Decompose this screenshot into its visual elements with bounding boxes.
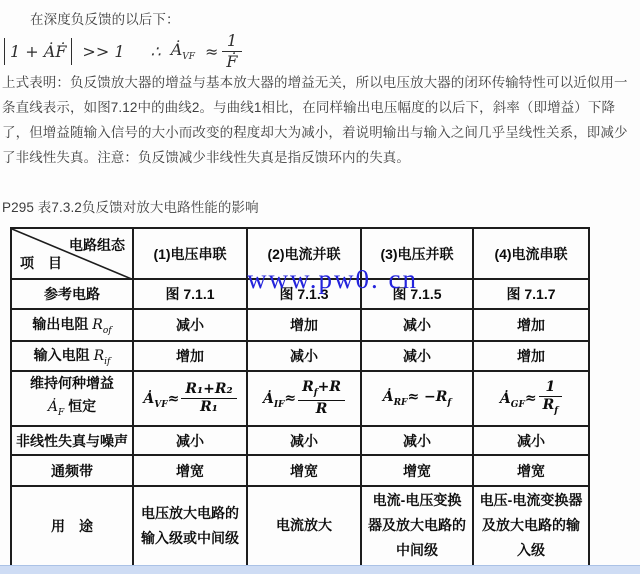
one-over-F-fraction: 1 Ḟ xyxy=(222,32,241,70)
row-label: 输入电阻 Rif xyxy=(11,341,133,371)
table-row: 输入电阻 Rif 增加 减小 减小 增加 xyxy=(11,341,589,371)
col-header: (1)电压串联 xyxy=(133,228,247,279)
corner-label-item: 项 目 xyxy=(20,253,62,273)
table-cell: 增宽 xyxy=(133,455,247,486)
table-cell: 减小 xyxy=(133,426,247,455)
gain-formula-avf: ȦVF≈R₁+R₂R₁ xyxy=(133,371,247,426)
bottom-page-strip xyxy=(0,565,640,574)
col-header: (4)电流串联 xyxy=(473,228,589,279)
row-label: 非线性失真与噪声 xyxy=(11,426,133,455)
intro-condition-line: 在深度负反馈的以后下： xyxy=(30,8,640,28)
table-cell: 增加 xyxy=(133,341,247,371)
table-cell: 减小 xyxy=(361,426,473,455)
table-cell: 电流放大 xyxy=(247,486,361,566)
much-greater-than: >> 1 xyxy=(82,42,124,61)
therefore-sign: ∴ xyxy=(151,42,161,61)
symbol-AF: ȦF xyxy=(48,399,64,415)
table-cell: 增加 xyxy=(247,309,361,341)
table-cell: 减小 xyxy=(361,341,473,371)
table-cell: 增加 xyxy=(473,309,589,341)
abs-expression: 1 + ȦḞ xyxy=(4,38,72,65)
corner-header-cell: 电路组态 项 目 xyxy=(11,228,133,279)
table-cell: 电压-电流变换器及放大电路的输入级 xyxy=(473,486,589,566)
gain-formula-agf: ȦGF≈1Rf xyxy=(473,371,589,426)
table-row: 输出电阻 Rof 减小 增加 减小 增加 xyxy=(11,309,589,341)
table-cell: 电压放大电路的输入级或中间级 xyxy=(133,486,247,566)
usage-row: 用 途 电压放大电路的输入级或中间级 电流放大 电流-电压变换器及放大电路的中间… xyxy=(11,486,589,566)
table-cell: 增宽 xyxy=(473,455,589,486)
body-text-line: 了非线性失真。注意：负反馈减少非线性失真是指反馈环内的失真。 xyxy=(2,146,638,166)
row-label: 输出电阻 Rof xyxy=(11,309,133,341)
row-label: 参考电路 xyxy=(11,279,133,309)
row-label: 维持何种增益 ȦF 恒定 xyxy=(11,371,133,426)
body-text-line: 条直线表示，如图7.12中的曲线2。与曲线1相比，在同样输出电压幅度的以后下，斜… xyxy=(2,96,638,116)
row-label: 用 途 xyxy=(11,486,133,566)
table-cell: 减小 xyxy=(473,426,589,455)
approx-sign: ≈ xyxy=(205,42,218,61)
table-row: 非线性失真与噪声 减小 减小 减小 减小 xyxy=(11,426,589,455)
gain-formula-row: 维持何种增益 ȦF 恒定 ȦVF≈R₁+R₂R₁ ȦIF≈Rf+RR ȦRF≈ … xyxy=(11,371,589,426)
body-text-line: 上式表明：负反馈放大器的增益与基本放大器的增益无关，所以电压放大器的闭环传输特性… xyxy=(2,71,638,91)
table-cell: 增宽 xyxy=(247,455,361,486)
table-cell: 图 7.1.7 xyxy=(473,279,589,309)
table-cell: 减小 xyxy=(361,309,473,341)
table-cell: 减小 xyxy=(247,341,361,371)
document-page: 在深度负反馈的以后下： 1 + ȦḞ >> 1 ∴ ȦVF ≈ 1 Ḟ 上式表明… xyxy=(0,0,640,574)
table-cell: 减小 xyxy=(133,309,247,341)
table-cell: 图 7.1.1 xyxy=(133,279,247,309)
symbol-Rof: Rof xyxy=(92,317,111,333)
row-label: 通频带 xyxy=(11,455,133,486)
table-cell: 电流-电压变换器及放大电路的中间级 xyxy=(361,486,473,566)
table-cell: 增宽 xyxy=(361,455,473,486)
gain-formula-aif: ȦIF≈Rf+RR xyxy=(247,371,361,426)
table-cell: 减小 xyxy=(247,426,361,455)
corner-label-circuit-config: 电路组态 xyxy=(69,235,125,255)
table-row: 通频带 增宽 增宽 增宽 增宽 xyxy=(11,455,589,486)
gain-symbol: ȦVF xyxy=(171,40,195,62)
watermark-text: www.pw0. cn xyxy=(247,264,418,295)
deep-feedback-formula: 1 + ȦḞ >> 1 ∴ ȦVF ≈ 1 Ḟ xyxy=(4,30,242,72)
gain-formula-arf: ȦRF≈ −Rf xyxy=(361,371,473,426)
symbol-Rif: Rif xyxy=(94,348,111,364)
table-cell: 增加 xyxy=(473,341,589,371)
body-text-line: 了，但增益随输入信号的大小而改变的程度却大为减小，着说明输出与输入之间几乎呈线性… xyxy=(2,121,638,141)
table-caption: P295 表7.3.2负反馈对放大电路性能的影响 xyxy=(2,196,638,216)
